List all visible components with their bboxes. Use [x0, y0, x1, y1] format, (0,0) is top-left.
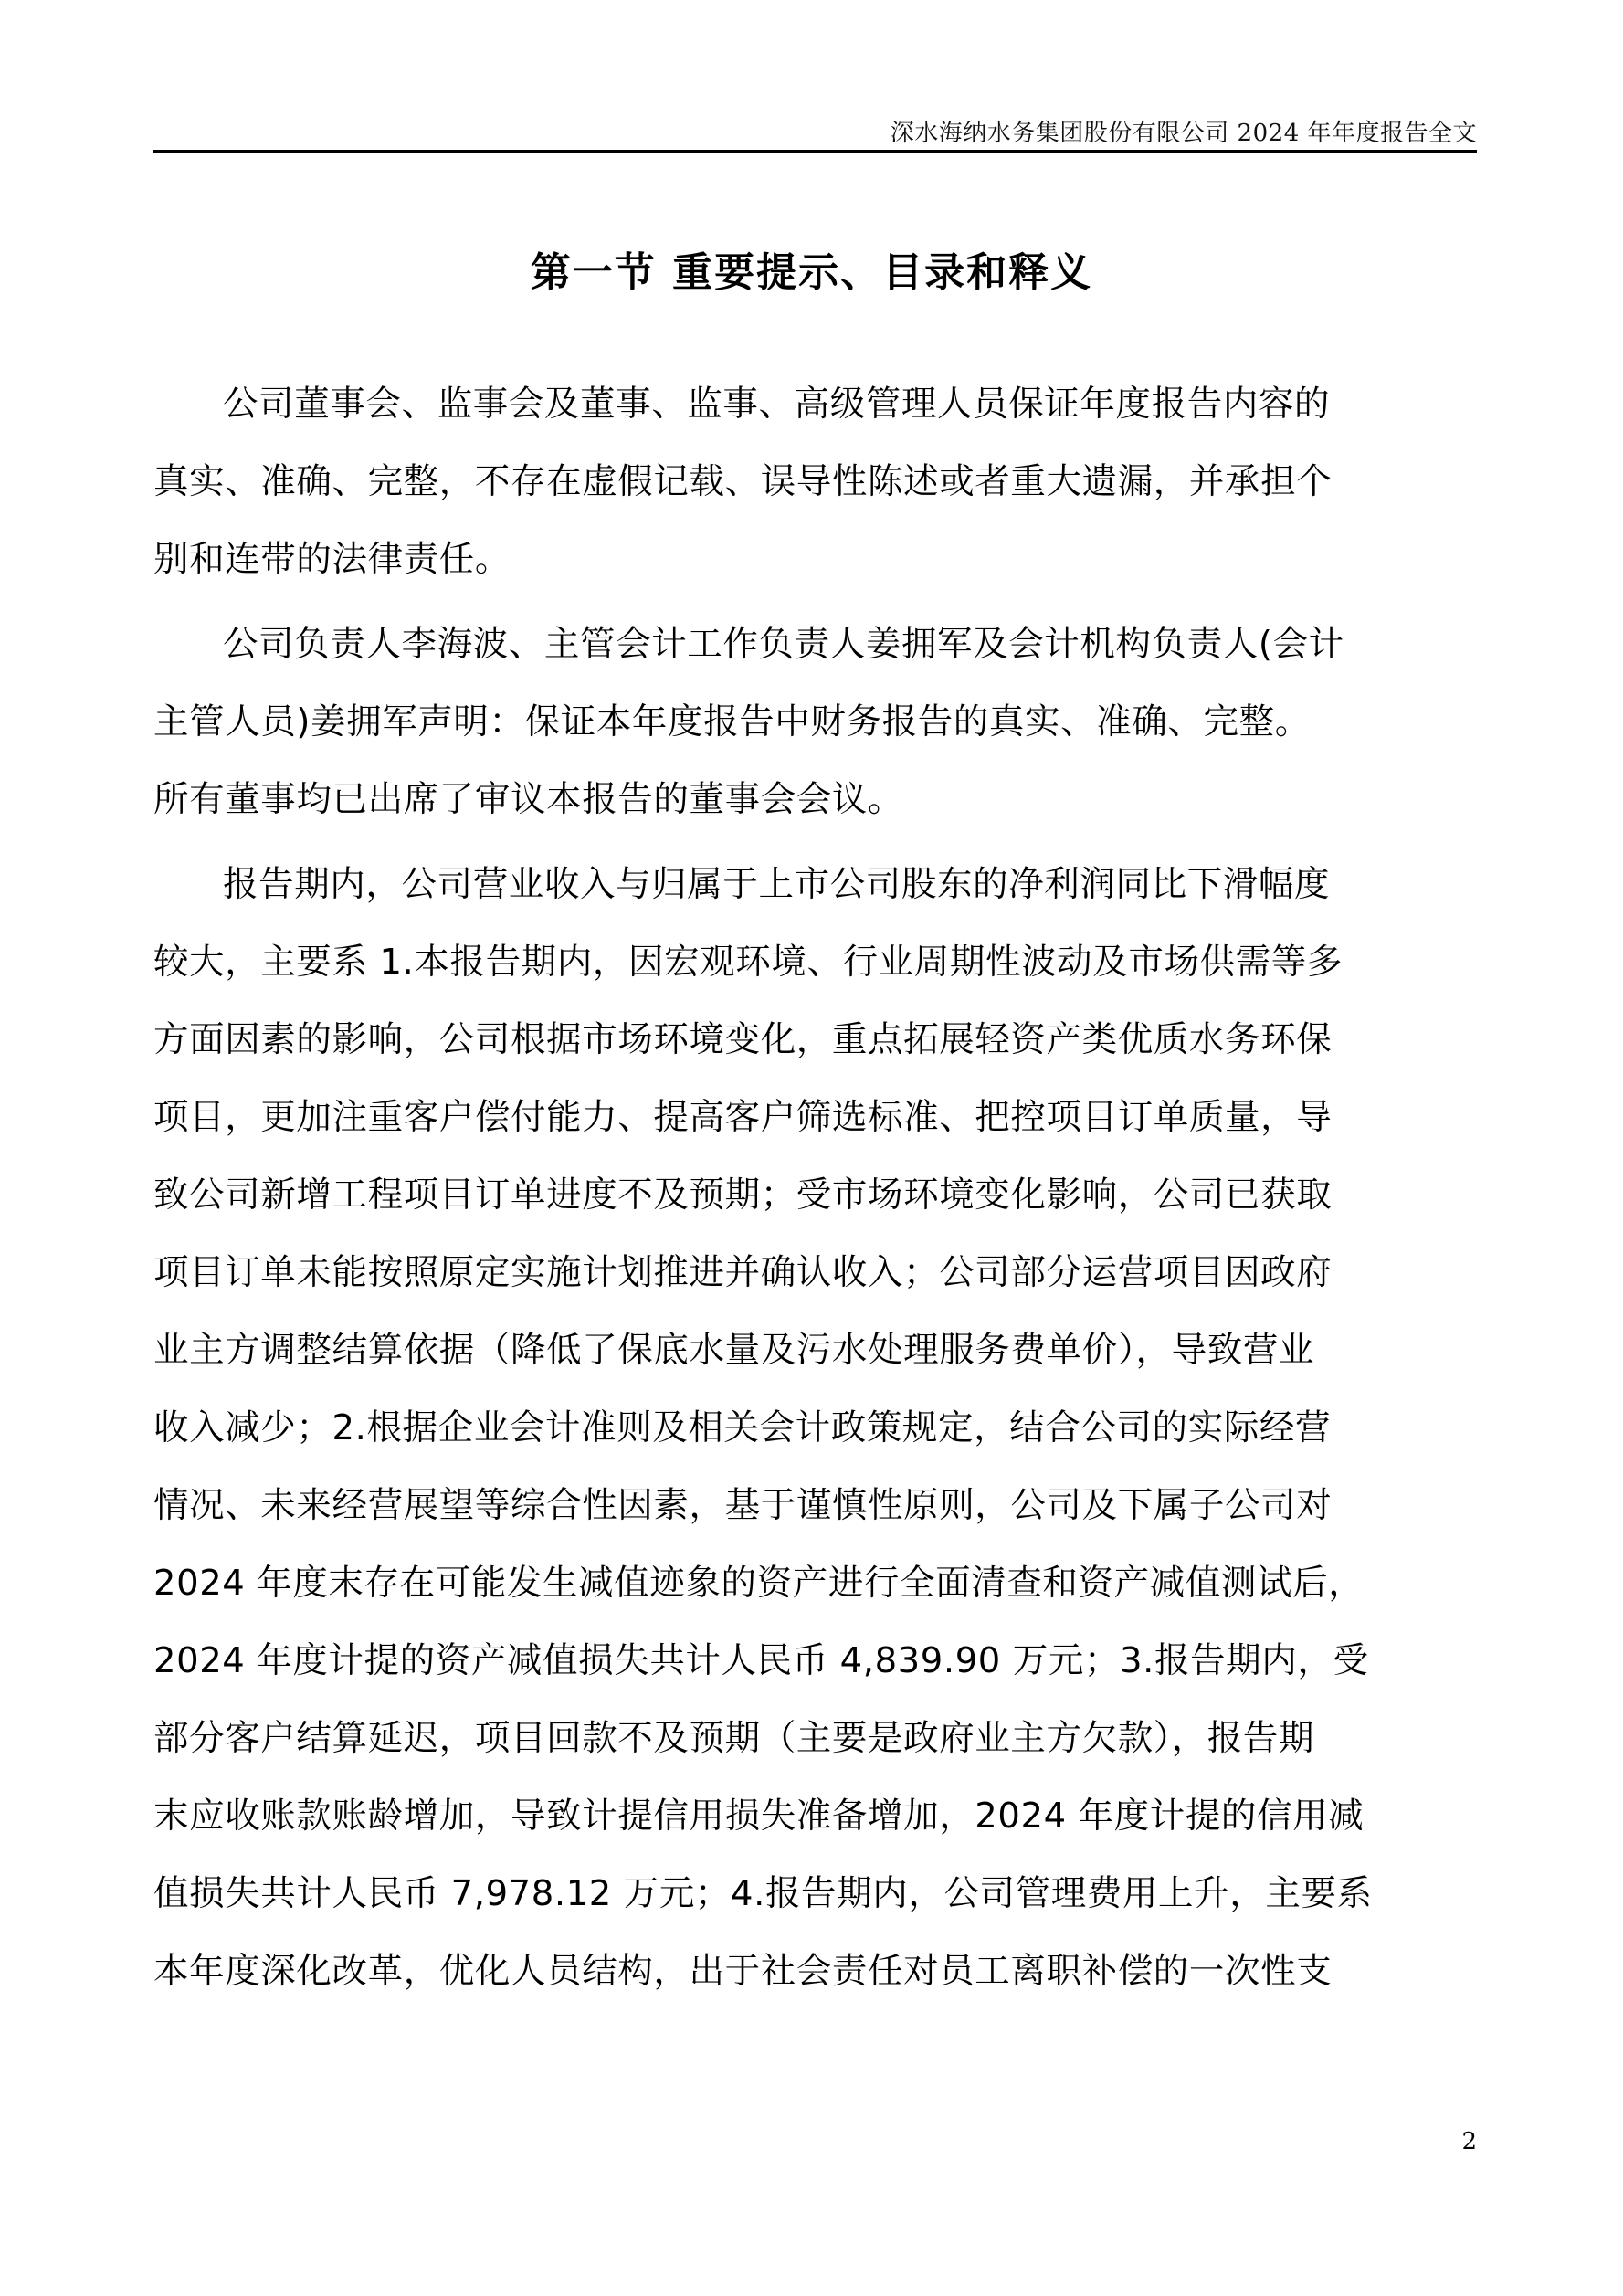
section-title: 第一节 重要提示、目录和释义 — [0, 239, 1623, 298]
text-line: 项目订单未能按照原定实施计划推进并确认收入；公司部分运营项目因政府 — [153, 1234, 1439, 1311]
text-line: 项目，更加注重客户偿付能力、提高客户筛选标准、把控项目订单质量，导 — [153, 1079, 1439, 1156]
paragraph-officer-declaration: 公司负责人李海波、主管会计工作负责人姜拥军及会计机构负责人(会计 主管人员)姜拥… — [153, 606, 1439, 838]
text-line: 2024 年度计提的资产减值损失共计人民币 4,839.90 万元；3.报告期内… — [153, 1622, 1439, 1700]
text-line: 公司负责人李海波、主管会计工作负责人姜拥军及会计机构负责人(会计 — [153, 606, 1439, 683]
text-line: 较大，主要系 1.本报告期内，因宏观环境、行业周期性波动及市场供需等多 — [153, 923, 1439, 1001]
text-line: 值损失共计人民币 7,978.12 万元；4.报告期内，公司管理费用上升，主要系 — [153, 1855, 1439, 1933]
text-line: 本年度深化改革，优化人员结构，出于社会责任对员工离职补偿的一次性支 — [153, 1933, 1439, 2010]
paragraph-responsibility-statement: 公司董事会、监事会及董事、监事、高级管理人员保证年度报告内容的 真实、准确、完整… — [153, 365, 1439, 598]
text-line: 2024 年度末存在可能发生减值迹象的资产进行全面清查和资产减值测试后， — [153, 1544, 1439, 1622]
text-line: 方面因素的影响，公司根据市场环境变化，重点拓展轻资产类优质水务环保 — [153, 1001, 1439, 1079]
text-line: 致公司新增工程项目订单进度不及预期；受市场环境变化影响，公司已获取 — [153, 1156, 1439, 1234]
text-line: 公司董事会、监事会及董事、监事、高级管理人员保证年度报告内容的 — [153, 365, 1439, 443]
paragraph-performance-explanation: 报告期内，公司营业收入与归属于上市公司股东的净利润同比下滑幅度 较大，主要系 1… — [153, 846, 1439, 2010]
text-line: 别和连带的法律责任。 — [153, 521, 1439, 598]
text-line: 末应收账款账龄增加，导致计提信用损失准备增加，2024 年度计提的信用减 — [153, 1777, 1439, 1855]
running-header: 深水海纳水务集团股份有限公司 2024 年年度报告全文 — [891, 114, 1477, 148]
text-line: 所有董事均已出席了审议本报告的董事会会议。 — [153, 761, 1439, 838]
text-line: 主管人员)姜拥军声明：保证本年度报告中财务报告的真实、准确、完整。 — [153, 683, 1439, 761]
text-line: 真实、准确、完整，不存在虚假记载、误导性陈述或者重大遗漏，并承担个 — [153, 443, 1439, 521]
text-line: 业主方调整结算依据（降低了保底水量及污水处理服务费单价），导致营业 — [153, 1311, 1439, 1389]
header-divider — [153, 150, 1477, 153]
document-body: 公司董事会、监事会及董事、监事、高级管理人员保证年度报告内容的 真实、准确、完整… — [153, 365, 1439, 2010]
text-line: 部分客户结算延迟，项目回款不及预期（主要是政府业主方欠款），报告期 — [153, 1700, 1439, 1777]
text-line: 情况、未来经营展望等综合性因素，基于谨慎性原则，公司及下属子公司对 — [153, 1467, 1439, 1544]
page-number: 2 — [1461, 2128, 1477, 2155]
text-line: 收入减少；2.根据企业会计准则及相关会计政策规定，结合公司的实际经营 — [153, 1389, 1439, 1467]
text-line: 报告期内，公司营业收入与归属于上市公司股东的净利润同比下滑幅度 — [153, 846, 1439, 923]
